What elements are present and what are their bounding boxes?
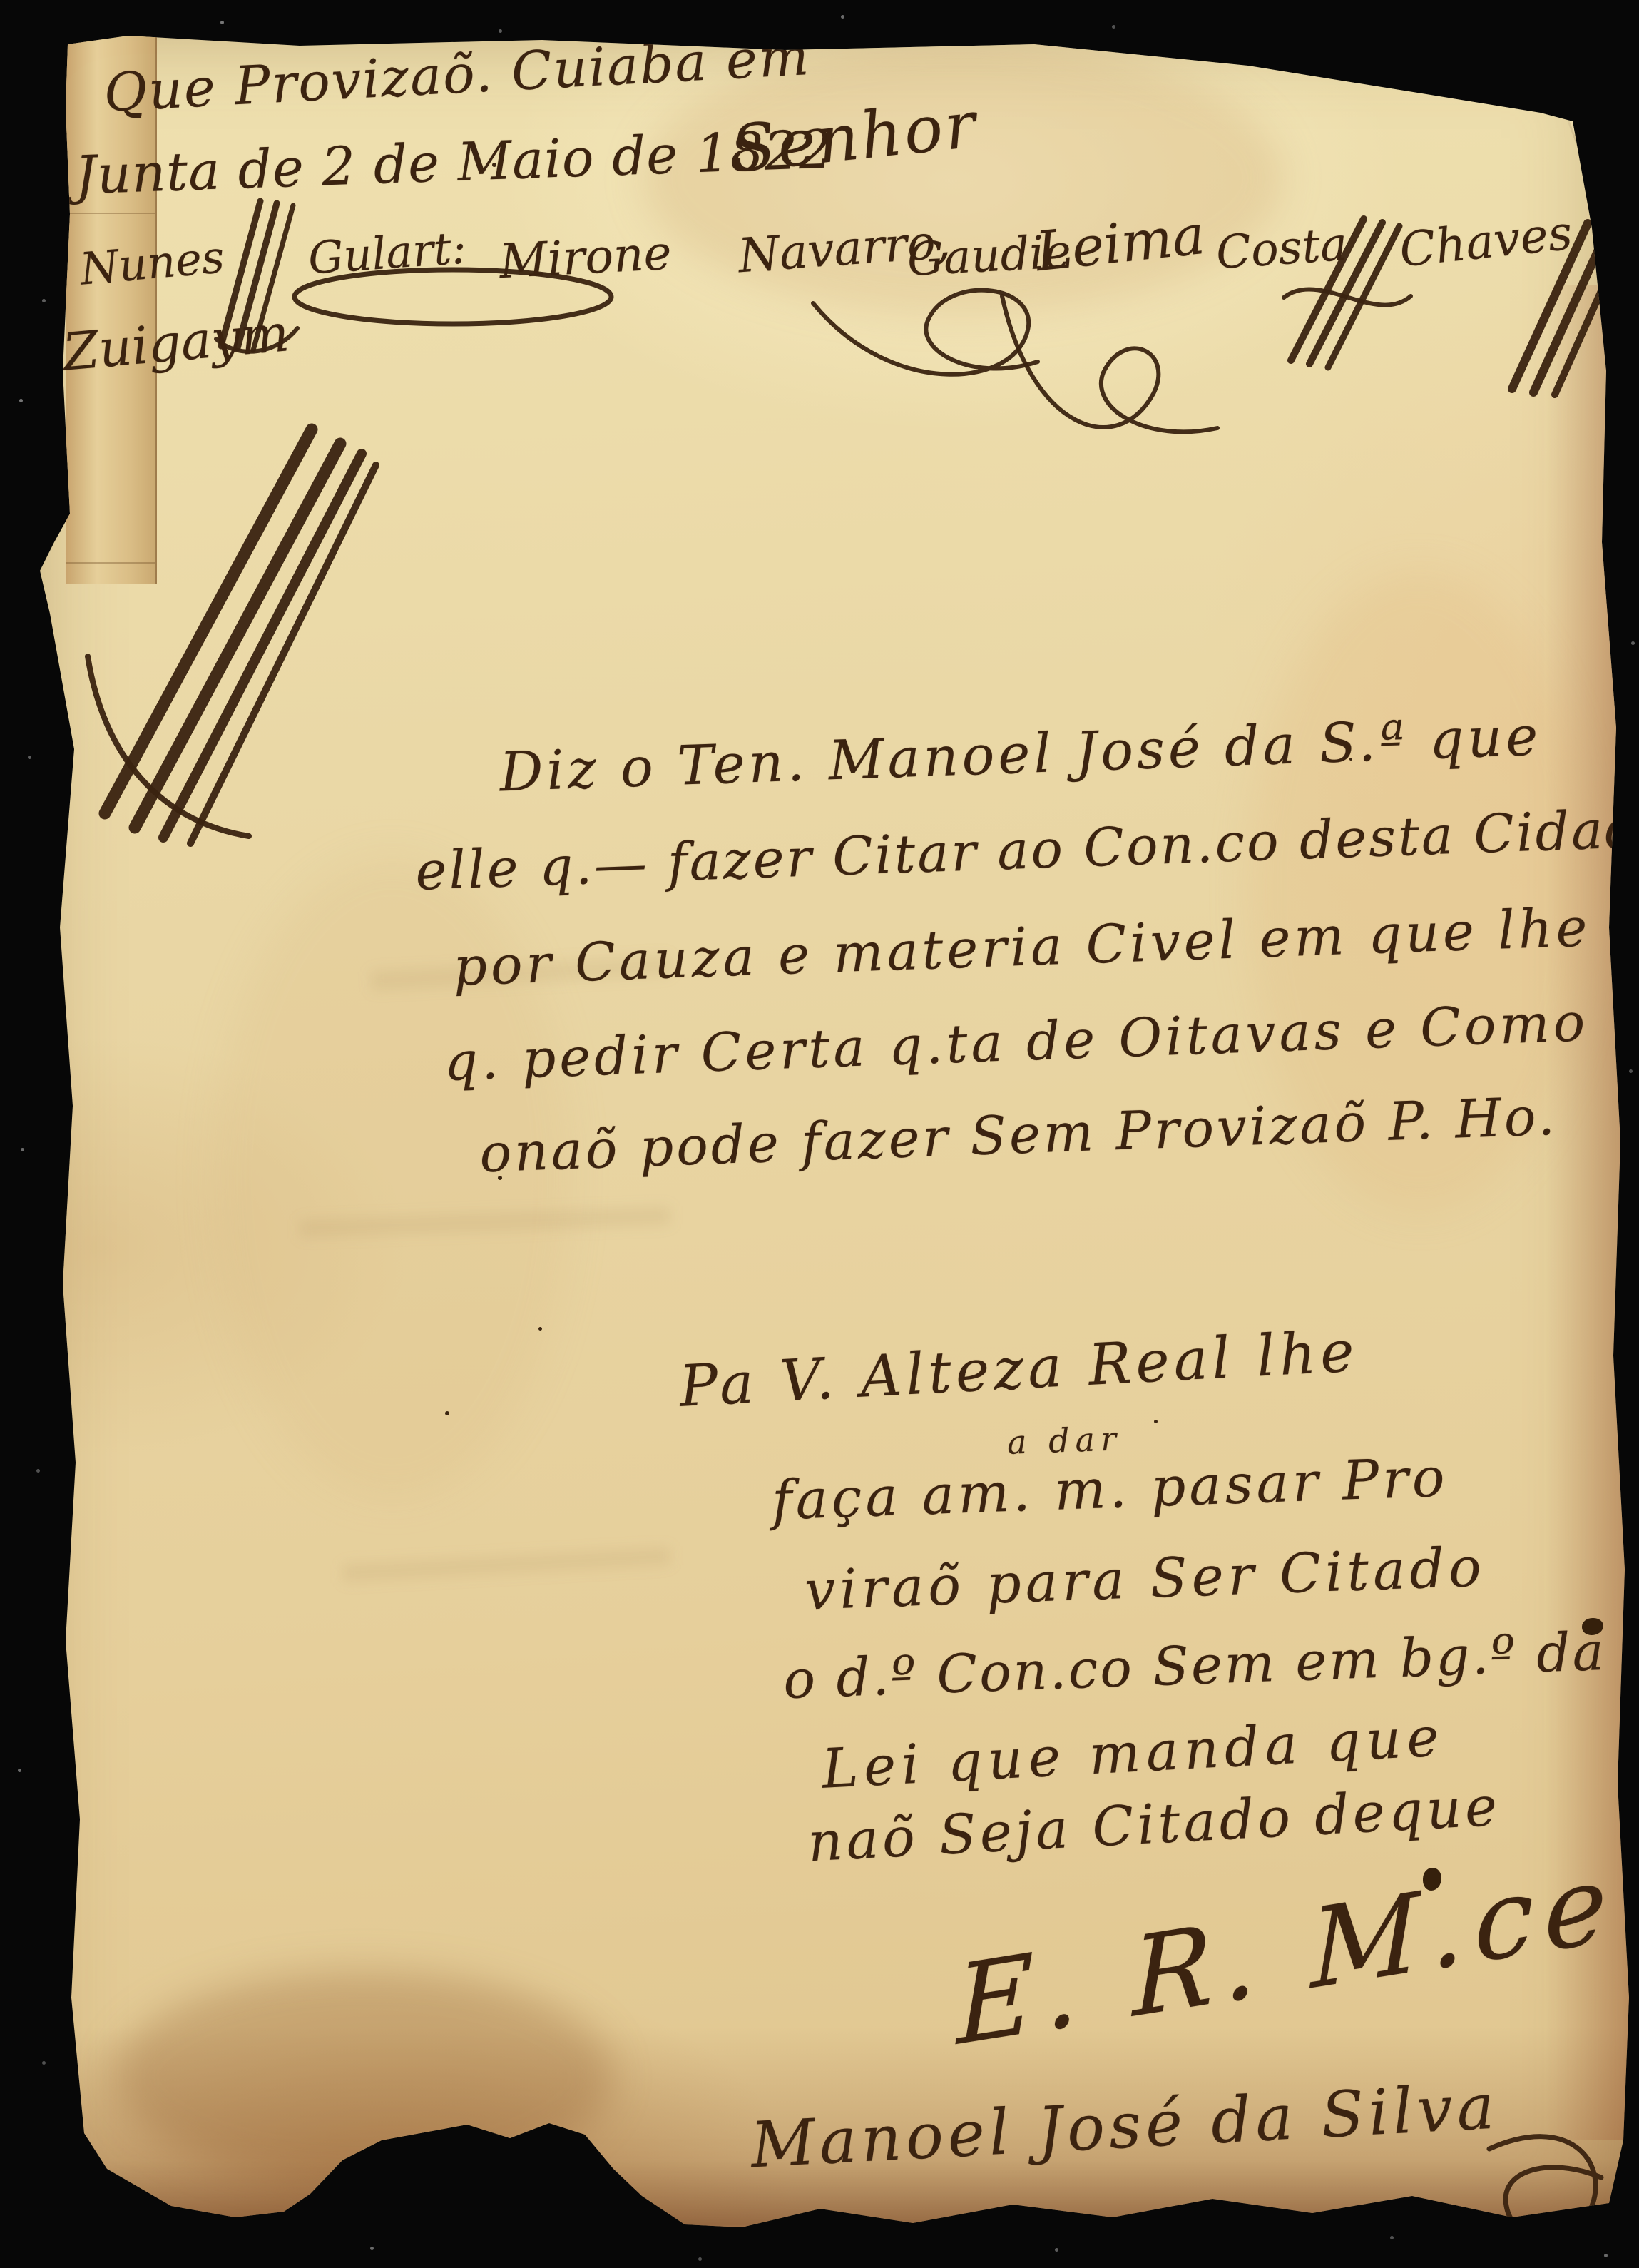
ink-speck <box>498 1176 502 1180</box>
manuscript-photo: Que Provizaõ. Cuiaba em Junta de 2 de Ma… <box>0 0 1639 2268</box>
request-line: viraõ para Ser Citado <box>804 1535 1486 1622</box>
ink-speck <box>1349 758 1352 761</box>
descender-loop-flourish-icon <box>988 285 1223 471</box>
signatory-name: Mirone <box>498 225 673 290</box>
request-line: o d.º Con.co Sem em bg.º da <box>782 1621 1607 1711</box>
signature-loop-flourish-icon <box>1484 2105 1626 2262</box>
fold-crease-line <box>66 213 155 214</box>
verso-ink-showthrough <box>342 1547 671 1582</box>
rubric-hatch-flourish-icon <box>1496 210 1635 400</box>
request-line: Pa V. Alteza Real lhe <box>678 1318 1359 1420</box>
ink-speck <box>1154 1420 1158 1423</box>
manuscript-paper-sheet: Que Provizaõ. Cuiaba em Junta de 2 de Ma… <box>0 0 1639 2268</box>
ink-speck <box>492 163 496 167</box>
request-line: faça am. m. pasar Pro <box>771 1445 1449 1532</box>
large-rubric-flourish-icon <box>75 385 382 842</box>
ink-speck <box>538 1327 542 1331</box>
background-dust-speckles <box>0 0 2 2</box>
ink-speck <box>1334 738 1337 742</box>
ink-speck <box>445 1411 449 1415</box>
interlinear-insertion: a dar <box>1006 1419 1123 1462</box>
